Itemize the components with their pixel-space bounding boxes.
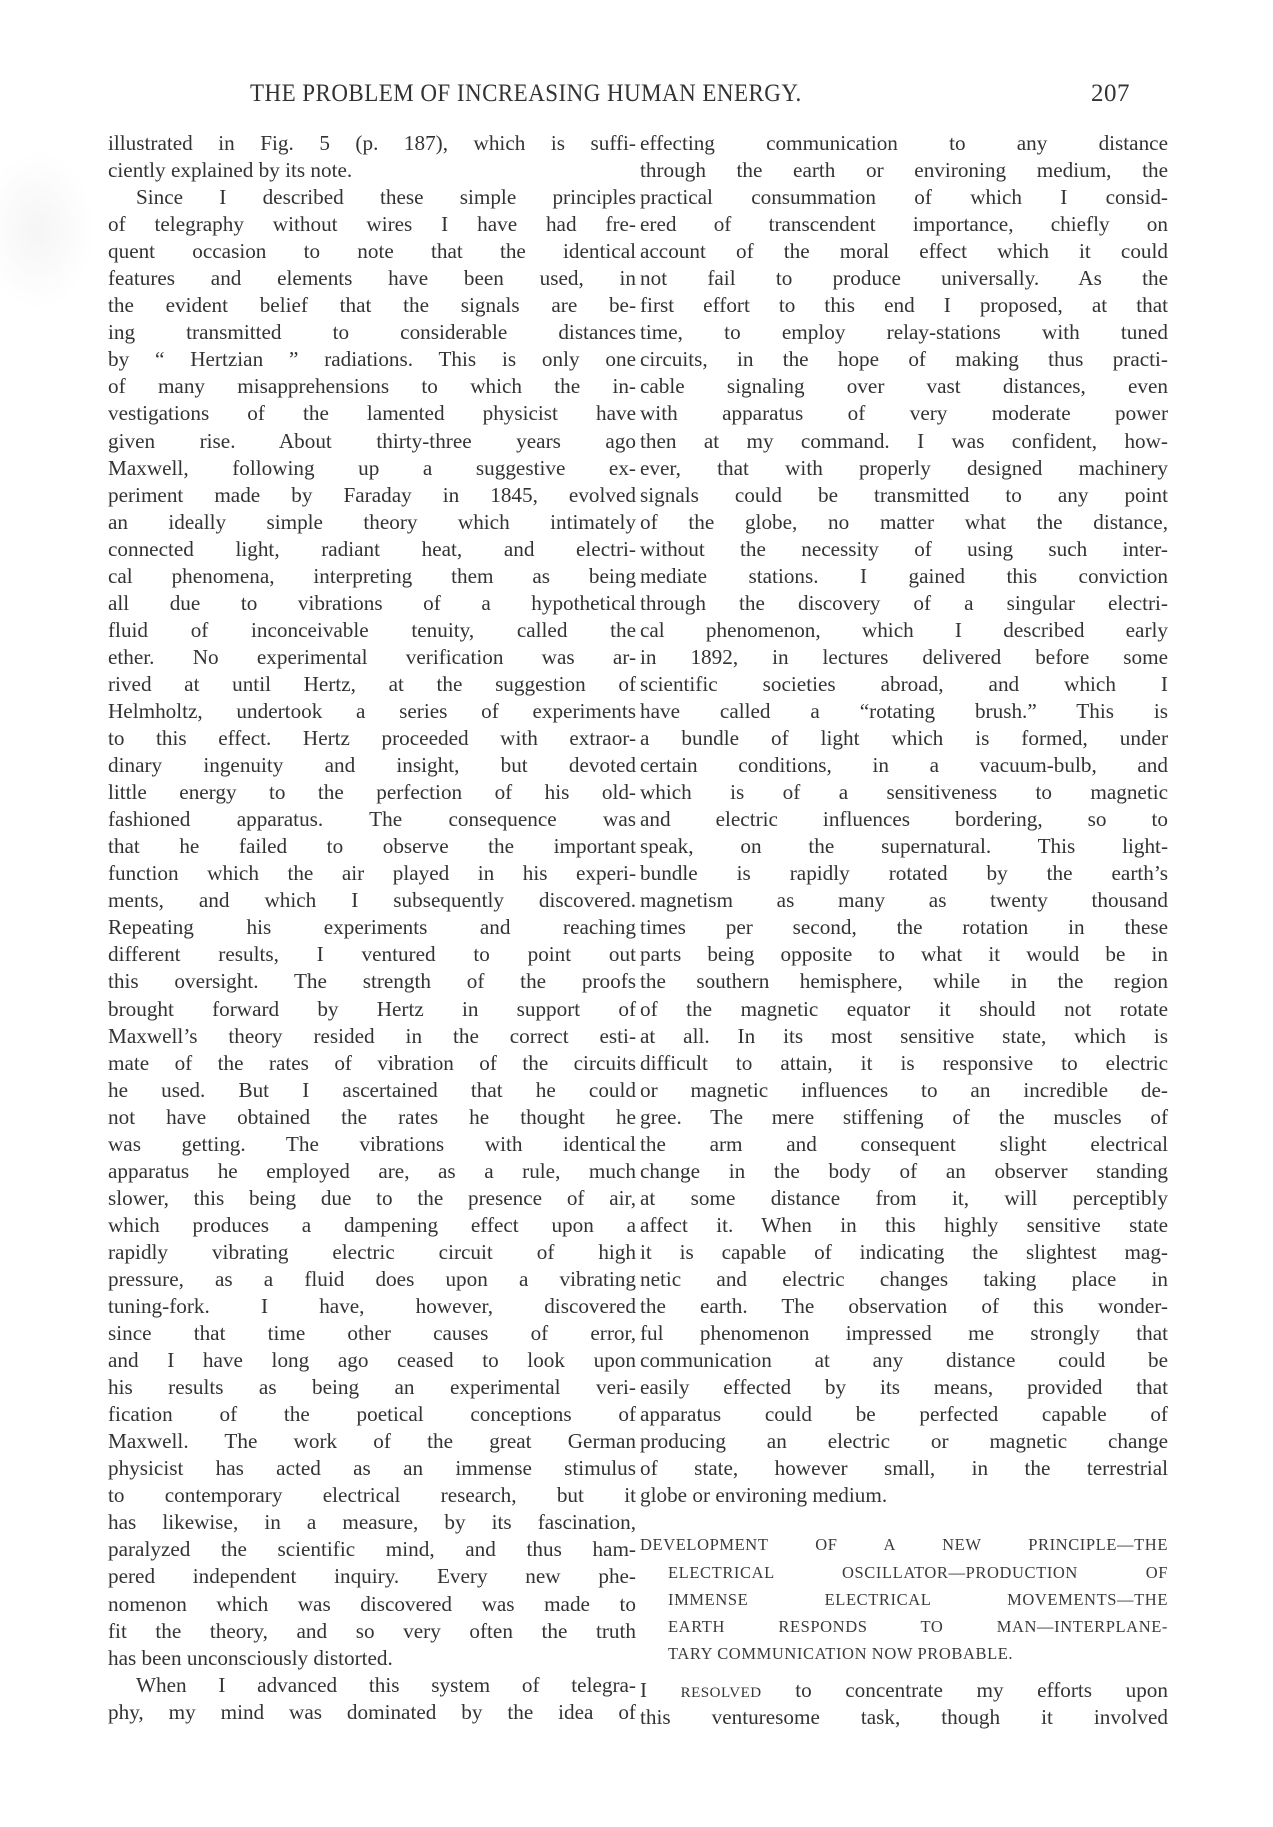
text-line: tuning-fork. I have, however, discovered	[108, 1293, 636, 1320]
text-line: at some distance from it, will perceptib…	[640, 1185, 1168, 1212]
text-line: gree. The mere stiffening of the muscles…	[640, 1104, 1168, 1131]
text-line: time, to employ relay-stations with tune…	[640, 319, 1168, 346]
section-heading-line: IMMENSE ELECTRICAL MOVEMENTS—THE	[640, 1586, 1168, 1613]
text-line: times per second, the rotation in these	[640, 914, 1168, 941]
text-line: periment made by Faraday in 1845, evolve…	[108, 482, 636, 509]
section-heading-line: EARTH RESPONDS TO MAN—INTERPLANE-	[640, 1613, 1168, 1640]
text-line: to this effect. Hertz proceeded with ext…	[108, 725, 636, 752]
text-line: vestigations of the lamented physicist h…	[108, 400, 636, 427]
text-line: his results as being an experimental ver…	[108, 1374, 636, 1401]
text-line: which produces a dampening effect upon a	[108, 1212, 636, 1239]
text-line: certain conditions, in a vacuum-bulb, an…	[640, 752, 1168, 779]
lead-in-initial: I	[640, 1678, 681, 1702]
text-line: Maxwell. The work of the great German	[108, 1428, 636, 1455]
text-line: When I advanced this system of telegra-	[108, 1672, 636, 1699]
text-line: the evident belief that the signals are …	[108, 292, 636, 319]
text-line: ered of transcendent importance, chiefly…	[640, 211, 1168, 238]
page-number: 207	[1091, 80, 1130, 108]
text-line: fluid of inconceivable tenuity, called t…	[108, 617, 636, 644]
text-line: I resolved to concentrate my efforts upo…	[640, 1677, 1168, 1704]
text-line: connected light, radiant heat, and elect…	[108, 536, 636, 563]
text-line: then at my command. I was confident, how…	[640, 428, 1168, 455]
text-line: of many misapprehensions to which the in…	[108, 373, 636, 400]
text-line: was getting. The vibrations with identic…	[108, 1131, 636, 1158]
text-line: a bundle of light which is formed, under	[640, 725, 1168, 752]
right-column-body: effecting communication to any distancet…	[640, 130, 1168, 1509]
text-line: with apparatus of very moderate power	[640, 400, 1168, 427]
text-line: difficult to attain, it is responsive to…	[640, 1050, 1168, 1077]
page-smudge	[0, 150, 95, 310]
right-column: effecting communication to any distancet…	[640, 130, 1168, 1731]
running-header: THE PROBLEM OF INCREASING HUMAN ENERGY. …	[250, 80, 1130, 112]
text-line: first effort to this end I proposed, at …	[640, 292, 1168, 319]
section-heading-line: TARY COMMUNICATION NOW PROBABLE.	[640, 1640, 1168, 1667]
text-line: ether. No experimental verification was …	[108, 644, 636, 671]
text-line: account of the moral effect which it cou…	[640, 238, 1168, 265]
text-line: has been unconsciously distorted.	[108, 1645, 636, 1672]
text-line: at all. In its most sensitive state, whi…	[640, 1023, 1168, 1050]
text-line: ments, and which I subsequently discover…	[108, 887, 636, 914]
text-line: physicist has acted as an immense stimul…	[108, 1455, 636, 1482]
text-line: without the necessity of using such inte…	[640, 536, 1168, 563]
text-line: ciently explained by its note.	[108, 157, 636, 184]
text-line: mediate stations. I gained this convicti…	[640, 563, 1168, 590]
text-line: given rise. About thirty-three years ago	[108, 428, 636, 455]
text-line: of telegraphy without wires I have had f…	[108, 211, 636, 238]
text-line: magnetism as many as twenty thousand	[640, 887, 1168, 914]
right-column-continuation: I resolved to concentrate my efforts upo…	[640, 1677, 1168, 1731]
text-line: practical consummation of which I consid…	[640, 184, 1168, 211]
text-line: brought forward by Hertz in support of	[108, 996, 636, 1023]
text-line: fication of the poetical conceptions of	[108, 1401, 636, 1428]
text-line: signals could be transmitted to any poin…	[640, 482, 1168, 509]
text-line: little energy to the perfection of his o…	[108, 779, 636, 806]
text-line: all due to vibrations of a hypothetical	[108, 590, 636, 617]
text-line: apparatus he employed are, as a rule, mu…	[108, 1158, 636, 1185]
text-line: that he failed to observe the important	[108, 833, 636, 860]
text-line: and electric influences bordering, so to	[640, 806, 1168, 833]
text-line: Repeating his experiments and reaching	[108, 914, 636, 941]
text-line: pressure, as a fluid does upon a vibrati…	[108, 1266, 636, 1293]
text-line: Since I described these simple principle…	[108, 184, 636, 211]
text-line: of state, however small, in the terrestr…	[640, 1455, 1168, 1482]
text-line: has likewise, in a measure, by its fasci…	[108, 1509, 636, 1536]
left-column: illustrated in Fig. 5 (p. 187), which is…	[108, 130, 636, 1726]
text-line: rived at until Hertz, at the suggestion …	[108, 671, 636, 698]
text-line: different results, I ventured to point o…	[108, 941, 636, 968]
text-line: which is of a sensitiveness to magnetic	[640, 779, 1168, 806]
text-line: affect it. When in this highly sensitive…	[640, 1212, 1168, 1239]
text-line: the earth. The observation of this wonde…	[640, 1293, 1168, 1320]
text-line: not have obtained the rates he thought h…	[108, 1104, 636, 1131]
text-line: fashioned apparatus. The consequence was	[108, 806, 636, 833]
section-heading: DEVELOPMENT OF A NEW PRINCIPLE—THEELECTR…	[640, 1531, 1168, 1667]
text-line: Maxwell’s theory resided in the correct …	[108, 1023, 636, 1050]
lead-in-rest: to concentrate my efforts upon	[762, 1678, 1168, 1702]
text-line: cal phenomena, interpreting them as bein…	[108, 563, 636, 590]
text-line: apparatus could be perfected capable of	[640, 1401, 1168, 1428]
text-line: ful phenomenon impressed me strongly tha…	[640, 1320, 1168, 1347]
text-line: function which the air played in his exp…	[108, 860, 636, 887]
text-line: slower, this being due to the presence o…	[108, 1185, 636, 1212]
text-line: globe or environing medium.	[640, 1482, 1168, 1509]
text-line: an ideally simple theory which intimatel…	[108, 509, 636, 536]
text-line: ing transmitted to considerable distance…	[108, 319, 636, 346]
running-title: THE PROBLEM OF INCREASING HUMAN ENERGY.	[250, 80, 802, 108]
text-line: communication at any distance could be	[640, 1347, 1168, 1374]
text-line: fit the theory, and so very often the tr…	[108, 1618, 636, 1645]
text-line: features and elements have been used, in	[108, 265, 636, 292]
section-heading-line: DEVELOPMENT OF A NEW PRINCIPLE—THE	[640, 1531, 1168, 1558]
text-line: have called a “rotating brush.” This is	[640, 698, 1168, 725]
text-line: illustrated in Fig. 5 (p. 187), which is…	[108, 130, 636, 157]
text-line: cal phenomenon, which I described early	[640, 617, 1168, 644]
text-line: since that time other causes of error,	[108, 1320, 636, 1347]
text-line: circuits, in the hope of making thus pra…	[640, 346, 1168, 373]
text-line: by “ Hertzian ” radiations. This is only…	[108, 346, 636, 373]
text-line: Helmholtz, undertook a series of experim…	[108, 698, 636, 725]
text-line: the southern hemisphere, while in the re…	[640, 968, 1168, 995]
text-line: speak, on the supernatural. This light-	[640, 833, 1168, 860]
text-line: the arm and consequent slight electrical	[640, 1131, 1168, 1158]
text-line: to contemporary electrical research, but…	[108, 1482, 636, 1509]
text-line: parts being opposite to what it would be…	[640, 941, 1168, 968]
text-line: effecting communication to any distance	[640, 130, 1168, 157]
text-line: paralyzed the scientific mind, and thus …	[108, 1536, 636, 1563]
text-line: through the discovery of a singular elec…	[640, 590, 1168, 617]
text-line: dinary ingenuity and insight, but devote…	[108, 752, 636, 779]
text-line: bundle is rapidly rotated by the earth’s	[640, 860, 1168, 887]
text-line: ever, that with properly designed machin…	[640, 455, 1168, 482]
text-line: this oversight. The strength of the proo…	[108, 968, 636, 995]
text-line: change in the body of an observer standi…	[640, 1158, 1168, 1185]
text-line: scientific societies abroad, and which I	[640, 671, 1168, 698]
text-line: and I have long ago ceased to look upon	[108, 1347, 636, 1374]
lead-in-small-caps: resolved	[681, 1678, 762, 1702]
book-page: THE PROBLEM OF INCREASING HUMAN ENERGY. …	[0, 0, 1273, 1827]
section-heading-line: ELECTRICAL OSCILLATOR—PRODUCTION OF	[640, 1559, 1168, 1586]
text-line: producing an electric or magnetic change	[640, 1428, 1168, 1455]
text-line: he used. But I ascertained that he could	[108, 1077, 636, 1104]
text-line: cable signaling over vast distances, eve…	[640, 373, 1168, 400]
text-line: Maxwell, following up a suggestive ex-	[108, 455, 636, 482]
text-line: phy, my mind was dominated by the idea o…	[108, 1699, 636, 1726]
text-line: it is capable of indicating the slightes…	[640, 1239, 1168, 1266]
text-line: netic and electric changes taking place …	[640, 1266, 1168, 1293]
text-line: through the earth or environing medium, …	[640, 157, 1168, 184]
text-line: not fail to produce universally. As the	[640, 265, 1168, 292]
text-line: quent occasion to note that the identica…	[108, 238, 636, 265]
text-line: this venturesome task, though it involve…	[640, 1704, 1168, 1731]
text-line: pered independent inquiry. Every new phe…	[108, 1563, 636, 1590]
text-line: of the magnetic equator it should not ro…	[640, 996, 1168, 1023]
text-line: of the globe, no matter what the distanc…	[640, 509, 1168, 536]
text-line: in 1892, in lectures delivered before so…	[640, 644, 1168, 671]
text-line: easily effected by its means, provided t…	[640, 1374, 1168, 1401]
text-line: mate of the rates of vibration of the ci…	[108, 1050, 636, 1077]
text-line: rapidly vibrating electric circuit of hi…	[108, 1239, 636, 1266]
text-line: or magnetic influences to an incredible …	[640, 1077, 1168, 1104]
text-line: nomenon which was discovered was made to	[108, 1591, 636, 1618]
